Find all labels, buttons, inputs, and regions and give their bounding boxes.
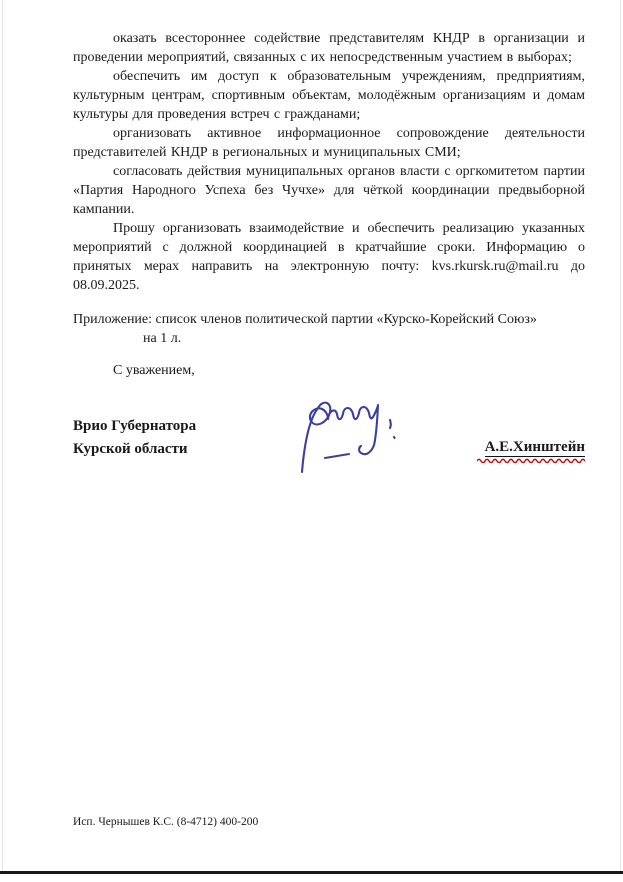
spellcheck-squiggle-icon — [477, 457, 585, 463]
executor-footnote: Исп. Чернышев К.С. (8-4712) 400-200 — [73, 815, 258, 829]
letter-body: оказать всестороннее содействие представ… — [73, 29, 585, 487]
attachment-line-1: Приложение: список членов политической п… — [73, 310, 585, 329]
paragraph-media-coverage: организовать активное информационное соп… — [73, 124, 585, 162]
paragraph-request-email: Прошу организовать взаимодействие и обес… — [73, 219, 585, 295]
paragraph-access-institutions: обеспечить им доступ к образовательным у… — [73, 67, 585, 124]
page-right-edge — [620, 0, 621, 871]
handwritten-signature-icon — [295, 393, 407, 475]
signer-name: А.Е.Хинштейн — [485, 439, 585, 457]
page-left-edge — [2, 0, 3, 871]
attachment-note: Приложение: список членов политической п… — [73, 310, 585, 348]
attachment-line-2: на 1 л. — [143, 329, 585, 348]
signer-name-wrap: А.Е.Хинштейн — [477, 438, 585, 463]
paragraph-coordination-party: согласовать действия муниципальных орган… — [73, 162, 585, 219]
page-bottom-edge — [0, 871, 623, 874]
signature-block: Врио Губернатора Курской области А.Е.Хин… — [73, 415, 585, 487]
closing-salutation: С уважением, — [73, 361, 585, 380]
paragraph-assist-kndr: оказать всестороннее содействие представ… — [73, 29, 585, 67]
document-page: оказать всестороннее содействие представ… — [0, 0, 623, 882]
